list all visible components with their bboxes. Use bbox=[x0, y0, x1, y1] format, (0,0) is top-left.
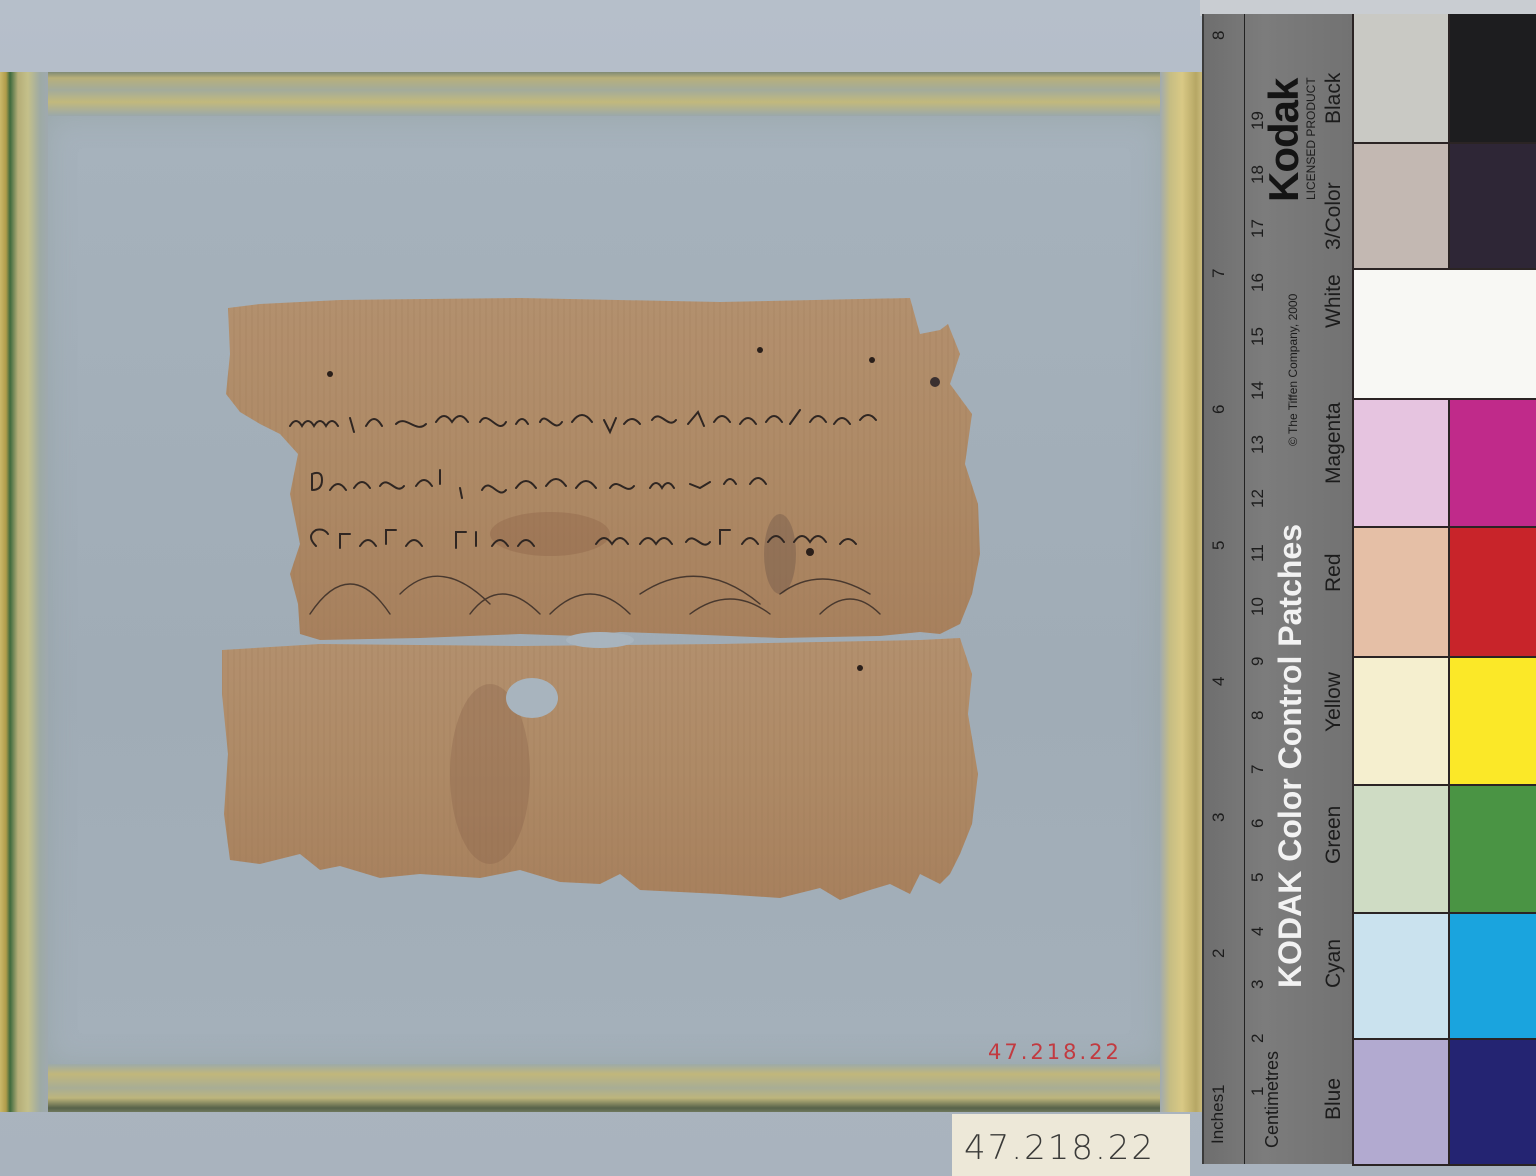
patch-label-blue: Blue bbox=[1322, 1078, 1346, 1120]
glass-edge-top bbox=[0, 72, 1212, 116]
patch-label-yellow: Yellow bbox=[1322, 672, 1346, 732]
cm-tick-2: 2 bbox=[1248, 1034, 1268, 1043]
patch-blue-light bbox=[1352, 1040, 1448, 1166]
cm-tick-14: 14 bbox=[1248, 381, 1268, 400]
patch-yellow-light bbox=[1352, 658, 1448, 786]
patch-label-3color: 3/Color bbox=[1322, 182, 1346, 250]
patch-label-black: Black bbox=[1322, 73, 1346, 124]
patch-yellow-dark bbox=[1448, 658, 1536, 786]
cm-tick-5: 5 bbox=[1248, 873, 1268, 882]
patch-magenta-light bbox=[1352, 400, 1448, 528]
inches-label: Inches bbox=[1208, 1094, 1228, 1144]
patch-label-red: Red bbox=[1322, 553, 1346, 592]
cm-tick-4: 4 bbox=[1248, 927, 1268, 936]
cm-tick-8: 8 bbox=[1248, 711, 1268, 720]
patch-3color-light bbox=[1352, 144, 1448, 270]
papyrus-fragment bbox=[220, 294, 980, 906]
inch-baseline bbox=[1244, 14, 1245, 1164]
cm-tick-16: 16 bbox=[1248, 273, 1268, 292]
color-patches-light bbox=[1352, 14, 1448, 1166]
inch-tick-7: 7 bbox=[1209, 269, 1229, 278]
accession-number-red: 47.218.22 bbox=[988, 1040, 1122, 1064]
cm-tick-1: 1 bbox=[1248, 1087, 1268, 1096]
patch-label-cyan: Cyan bbox=[1322, 939, 1346, 988]
patch-label-white: White bbox=[1322, 274, 1346, 328]
inch-tick-1: 1 bbox=[1209, 1085, 1229, 1094]
inch-tick-4: 4 bbox=[1209, 677, 1229, 686]
patch-blue-dark bbox=[1448, 1040, 1536, 1166]
patch-green-dark bbox=[1448, 786, 1536, 914]
patch-black-dark bbox=[1448, 14, 1536, 144]
cm-tick-3: 3 bbox=[1248, 980, 1268, 989]
patch-black-light bbox=[1352, 14, 1448, 144]
inch-tick-6: 6 bbox=[1209, 405, 1229, 414]
kodak-strip-title: KODAK Color Control Patches bbox=[1272, 524, 1309, 988]
patch-label-green: Green bbox=[1322, 806, 1346, 864]
patch-3color-dark bbox=[1448, 144, 1536, 270]
patch-green-light bbox=[1352, 786, 1448, 914]
glass-edge-bottom bbox=[0, 1064, 1212, 1112]
accession-label-card: 47.218.22 bbox=[952, 1114, 1190, 1176]
accession-number-handwritten: 47.218.22 bbox=[964, 1128, 1155, 1168]
cm-tick-10: 10 bbox=[1248, 597, 1268, 616]
patch-red-light bbox=[1352, 528, 1448, 658]
cm-tick-12: 12 bbox=[1248, 489, 1268, 508]
color-patches-dark bbox=[1448, 14, 1536, 1166]
ruler-rotated-content: Inches 1 2 3 4 5 6 7 8 Centimetres 1 2 3… bbox=[1204, 14, 1354, 1164]
centimetres-label: Centimetres bbox=[1262, 1051, 1283, 1148]
cm-tick-11: 11 bbox=[1248, 544, 1268, 562]
cm-tick-17: 17 bbox=[1248, 219, 1268, 238]
kodak-logo: Kodak bbox=[1260, 79, 1308, 202]
patch-label-magenta: Magenta bbox=[1322, 402, 1346, 484]
cm-tick-13: 13 bbox=[1248, 435, 1268, 454]
patch-red-dark bbox=[1448, 528, 1536, 658]
inch-tick-5: 5 bbox=[1209, 541, 1229, 550]
cm-tick-15: 15 bbox=[1248, 327, 1268, 346]
cm-tick-6: 6 bbox=[1248, 819, 1268, 828]
copyright-text: © The Tiffen Company, 2000 bbox=[1286, 294, 1300, 446]
patch-cyan-light bbox=[1352, 914, 1448, 1040]
inch-tick-8: 8 bbox=[1209, 31, 1229, 40]
licensed-product-text: LICENSED PRODUCT bbox=[1304, 77, 1318, 200]
kodak-ruler: Inches 1 2 3 4 5 6 7 8 Centimetres 1 2 3… bbox=[1202, 14, 1354, 1164]
glass-edge-left bbox=[0, 72, 48, 1112]
cm-tick-7: 7 bbox=[1248, 765, 1268, 774]
cm-tick-9: 9 bbox=[1248, 657, 1268, 666]
inch-tick-3: 3 bbox=[1209, 813, 1229, 822]
patch-cyan-dark bbox=[1448, 914, 1536, 1040]
inch-tick-2: 2 bbox=[1209, 949, 1229, 958]
patch-magenta-dark bbox=[1448, 400, 1536, 528]
